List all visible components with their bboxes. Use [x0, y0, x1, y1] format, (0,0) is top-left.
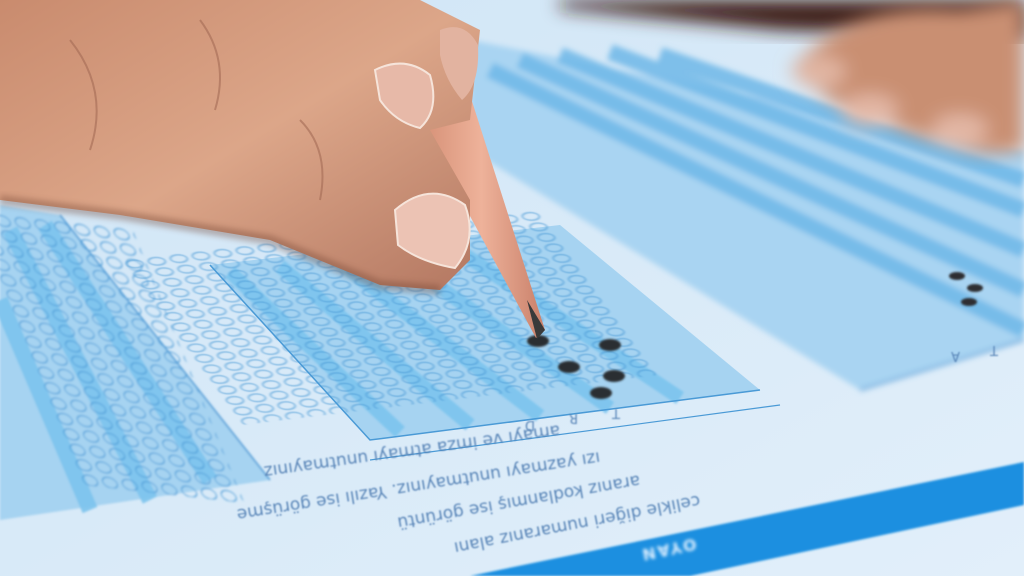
- footer-letter-t: T: [612, 405, 620, 420]
- footer-letter-a: A: [951, 348, 960, 363]
- photo-scene: [0, 0, 1024, 576]
- footer-letter-r: R: [569, 410, 578, 425]
- footer-letter-t-right: T: [990, 342, 998, 357]
- footer-letter-d: D: [525, 417, 535, 432]
